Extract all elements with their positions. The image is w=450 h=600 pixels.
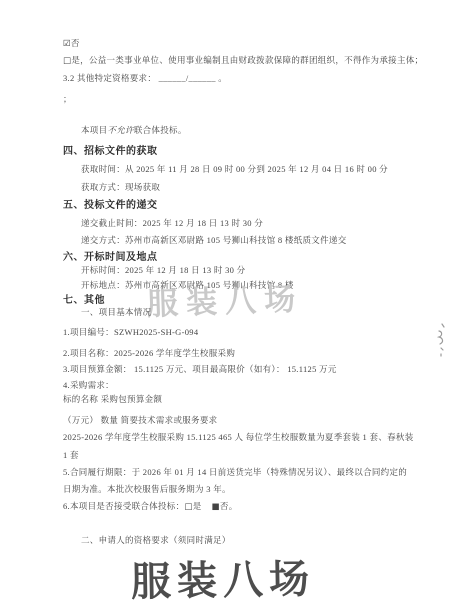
joint-bid-accept-line: 6.本项目是否接受联合体投标：□是■否。	[63, 500, 238, 512]
project-number: 1.项目编号：SZWH2025-SH-G-094	[63, 326, 198, 338]
margin-scribble-mark	[433, 322, 447, 358]
demand-table-header-1: 标的名称 采购包预算金额	[63, 393, 162, 405]
section5-submit-method: 递交方式：苏州市高新区邓尉路 105 号狮山科技馆 8 楼纸质文件递交	[81, 234, 347, 246]
checked-checkbox-icon: ☑	[63, 39, 71, 49]
section5-deadline: 递交截止时间：2025 年 12 月 18 日 13 时 30 分	[81, 217, 263, 229]
section6-title: 六、开标时间及地点	[63, 248, 158, 263]
section7-subtitle: 一、项目基本情况	[81, 306, 151, 318]
watermark-bottom: 服装八场	[131, 547, 316, 600]
demand-table-header-2: （万元） 数量 简要技术需求或服务要求	[63, 414, 217, 426]
section4-obtain-time: 获取时间：从 2025 年 11 月 28 日 09 时 00 分到 2025 …	[81, 163, 388, 175]
contract-term-line-2: 日期为准。本批次校服售后服务期为 3 年。	[63, 483, 231, 495]
demand-table-row-1: 2025-2026 学年度学生校服采购 15.1125 465 人 每位学生校服…	[63, 431, 414, 443]
scanned-bid-document-page: ☑否 □是，公益一类事业单位、使用事业编制且由财政拨款保障的群团组织，不得作为承…	[0, 0, 450, 600]
eligibility-option-yes: □是，公益一类事业单位、使用事业编制且由财政拨款保障的群团组织，不得作为承接主体…	[63, 54, 423, 66]
joint-bid-note-emphasis: 不允许	[107, 125, 133, 135]
section4-obtain-method: 获取方式：现场获取	[81, 181, 160, 193]
project-name: 2.项目名称：2025-2026 学年度学生校服采购	[63, 347, 235, 359]
eligibility-option-no: ☑否	[63, 37, 80, 49]
section6-open-place: 开标地点：苏州市高新区邓尉路 105 号狮山科技馆 8 楼	[81, 279, 294, 291]
filled-checkbox-icon: ■	[212, 502, 220, 512]
demand-table-row-2: 1 套	[63, 449, 79, 461]
section5-title: 五、投标文件的递交	[63, 196, 158, 211]
joint-bid-note: 本项目不允许联合体投标。	[81, 124, 187, 136]
section7-title: 七、其他	[63, 291, 105, 306]
stray-semicolon: ；	[63, 93, 72, 105]
other-qualification-requirement: 3.2 其他特定资格要求： ______/______ 。	[63, 72, 227, 84]
applicant-qualification-title: 二、申请人的资格要求（须同时满足）	[81, 534, 231, 546]
joint-bid-note-pre: 本项目	[81, 125, 107, 135]
eligibility-option-no-label: 否	[71, 38, 80, 48]
contract-term-line-1: 5.合同履行期限：于 2026 年 01 月 14 日前送货完毕（特殊情况另议）…	[63, 466, 407, 478]
joint-bid-no-label: 否。	[220, 501, 238, 511]
project-budget: 3.项目预算金额： 15.1125 万元、项目最高限价（如有）： 15.1125…	[63, 363, 337, 375]
section6-open-time: 开标时间：2025 年 12 月 18 日 13 时 30 分	[81, 264, 245, 276]
joint-bid-note-post: 联合体投标。	[134, 125, 187, 135]
procurement-demand-label: 4.采购需求：	[63, 379, 114, 391]
unchecked-checkbox-icon: □	[184, 502, 192, 512]
joint-bid-yes-label: 是	[193, 501, 202, 511]
joint-bid-accept-label: 6.本项目是否接受联合体投标：	[63, 501, 184, 511]
eligibility-option-yes-label: 是，公益一类事业单位、使用事业编制且由财政拨款保障的群团组织，不得作为承接主体；	[71, 55, 423, 65]
section4-title: 四、招标文件的获取	[63, 142, 158, 157]
